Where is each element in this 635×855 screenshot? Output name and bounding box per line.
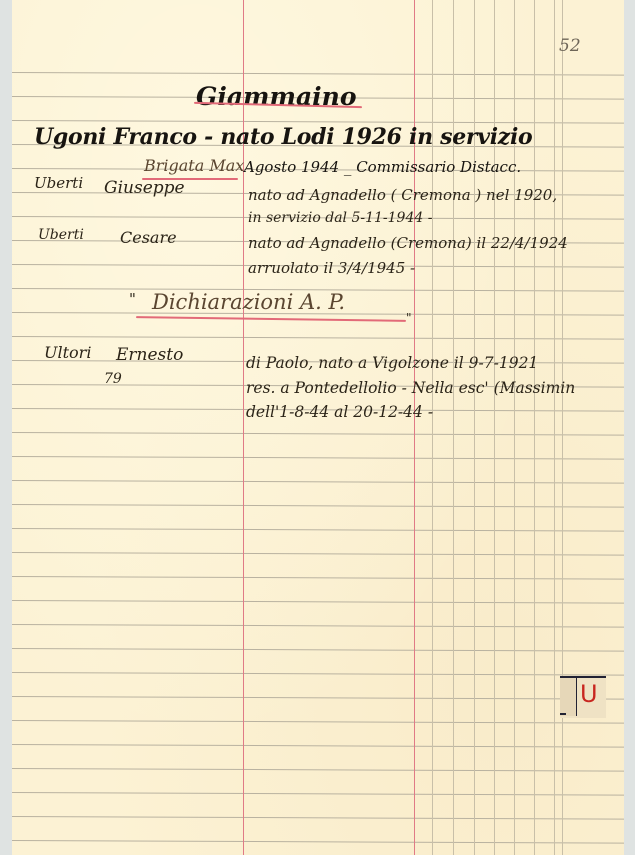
ruling-line <box>12 840 624 844</box>
ruling-line <box>12 504 624 508</box>
section-heading: Dichiarazioni A. P. <box>152 292 345 313</box>
entry-detail: di Paolo, nato a Vigolzone il 9-7-1921 <box>246 356 538 372</box>
ruling-line <box>12 600 624 604</box>
entry-given-name: Cesare <box>120 230 177 246</box>
ruling-line <box>12 768 624 772</box>
section-open-quote: " <box>129 292 136 307</box>
section-close-quote: " <box>406 312 412 324</box>
ruling-line <box>12 456 624 460</box>
index-tab-stub <box>560 678 577 716</box>
ruling-line <box>12 744 624 748</box>
ruling-line <box>12 792 624 796</box>
entry-detail: res. a Pontedellolio - Nella esc' (Massi… <box>246 381 575 397</box>
grid-line <box>554 0 555 855</box>
ruling-line <box>12 528 624 532</box>
entry-ugoni-brigade: Brigata Max <box>144 158 244 174</box>
index-tab-letter: U <box>580 682 598 706</box>
ruling-line <box>12 720 624 724</box>
page-number: 52 <box>559 38 581 55</box>
ruling-line <box>12 480 624 484</box>
entry-ugoni-line1: Ugoni Franco - nato Lodi 1926 in servizi… <box>34 126 532 148</box>
entry-detail: nato ad Agnadello (Cremona) il 22/4/1924 <box>248 236 568 251</box>
entry-surname: Uberti <box>38 228 84 242</box>
ruling-line <box>12 432 624 436</box>
entry-ugoni-line2: Agosto 1944 _ Commissario Distacc. <box>244 160 521 175</box>
ruling-line <box>12 552 624 556</box>
ruling-line <box>12 696 624 700</box>
ruling-line <box>12 576 624 580</box>
ruling-line <box>12 816 624 820</box>
entry-detail: arruolato il 3/4/1945 - <box>248 261 415 276</box>
ruling-line <box>12 648 624 652</box>
section-heading-underline <box>136 316 406 322</box>
ruling-line <box>12 672 624 676</box>
grid-line <box>534 0 535 855</box>
entry-number: 79 <box>104 372 122 386</box>
entry-detail: in servizio dal 5-11-1944 - <box>248 211 432 225</box>
entry-detail: nato ad Agnadello ( Cremona ) nel 1920, <box>248 188 557 203</box>
ruling-line <box>12 624 624 628</box>
ledger-page: 52 Giammaino Ugoni Franco - nato Lodi 19… <box>12 0 624 855</box>
ruling-line <box>12 72 624 76</box>
ruling-line <box>12 336 624 340</box>
entry-detail: dell'1-8-44 al 20-12-44 - <box>246 405 433 421</box>
entry-surname: Ultori <box>44 345 91 361</box>
index-tab[interactable]: U <box>560 676 606 718</box>
entry-surname: Uberti <box>34 176 83 191</box>
tab-mark <box>560 713 566 715</box>
grid-line <box>562 0 563 855</box>
entry-given-name: Giuseppe <box>104 180 185 197</box>
entry-given-name: Ernesto <box>116 347 183 364</box>
